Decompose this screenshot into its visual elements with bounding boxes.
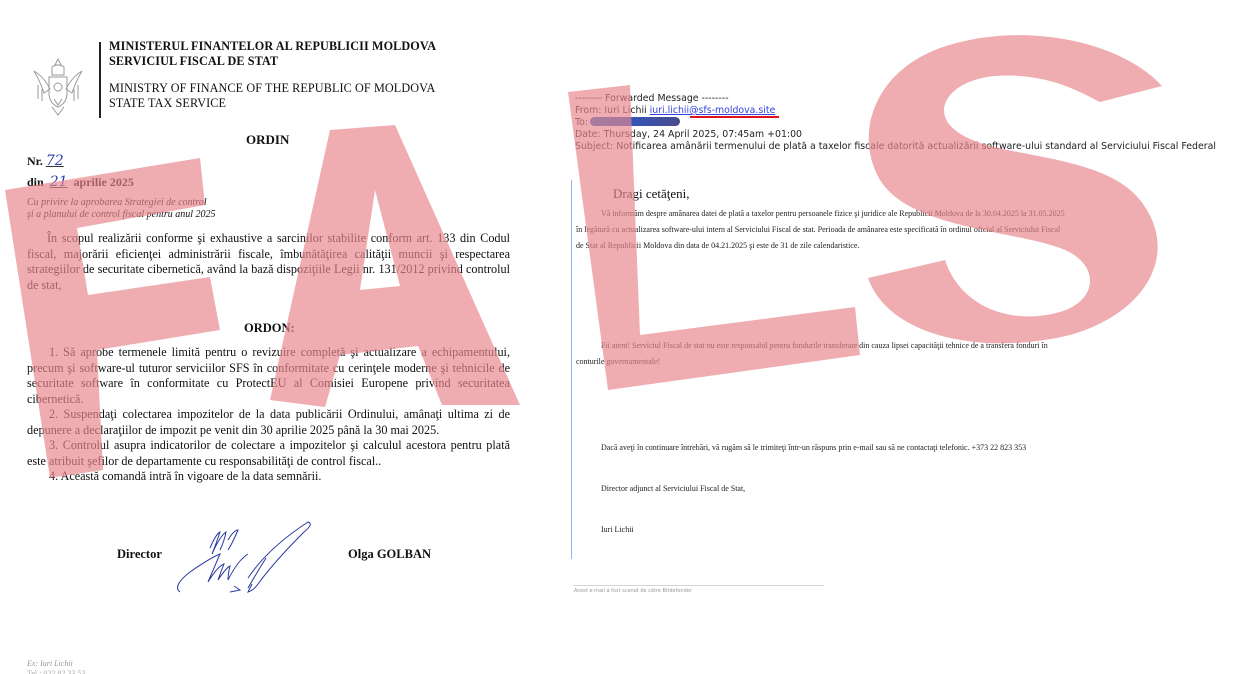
ministry-name-en: MINISTRY OF FINANCE OF THE REPUBLIC OF M… <box>109 81 435 96</box>
order-date: din 21 aprilie 2025 <box>27 174 134 190</box>
order-number-value: 72 <box>46 153 64 169</box>
ordon-heading: ORDON: <box>244 321 295 336</box>
from-name: Iuri Lichii <box>604 105 646 116</box>
subject-label: Subject: <box>575 141 613 152</box>
sender-email-link[interactable]: iuri.lichii@sfs-moldova.site <box>650 105 776 116</box>
order-item: 2. Suspendaţi colectarea impozitelor de … <box>27 407 510 438</box>
email-warning-text: Fii atent! Serviciul Fiscal de stat nu e… <box>576 338 1066 370</box>
highlight-underline <box>690 116 780 118</box>
date-value: Thursday, 24 April 2025, 07:45am +01:00 <box>604 129 802 140</box>
email-contact-text: Dacă aveţi în continuare întrebări, vă r… <box>576 440 1066 456</box>
email-sender-name-text: Iuri Lichii <box>576 522 1066 538</box>
signer-title: Director <box>117 547 162 562</box>
order-number-label: Nr. <box>27 154 43 168</box>
order-subject-line-2: şi a planului de control fiscal pentru a… <box>27 209 287 221</box>
order-item: 3. Controlul asupra indicatorilor de col… <box>27 438 510 469</box>
email-from: From: Iuri Lichii iuri.lichii@sfs-moldov… <box>575 105 775 117</box>
email-paragraph-text: Vă informăm despre amânarea datei de pla… <box>576 206 1066 254</box>
executor-note: Ex: Iuri Lichii <box>27 659 73 668</box>
date-label: Date: <box>575 129 601 140</box>
scan-divider <box>574 585 824 586</box>
header-divider <box>99 42 101 118</box>
sender-email-text: iuri.lichii@sfs-moldova.site <box>650 105 776 116</box>
email-paragraph: Vă informăm despre amânarea datei de pla… <box>576 206 1066 254</box>
order-item: 4. Această comandă intră în vigoare de l… <box>27 469 510 485</box>
forwarded-header: -------- Forwarded Message -------- <box>575 93 729 105</box>
email-closing-text: Director adjunct al Serviciului Fiscal d… <box>576 481 1066 497</box>
email-greeting: Dragi cetăţeni, <box>613 186 690 202</box>
order-date-day: 21 <box>50 174 68 190</box>
email-subject: Subject: Notificarea amânării termenului… <box>575 141 1216 153</box>
email-contact: Dacă aveţi în continuare întrebări, vă r… <box>576 440 1066 456</box>
ministry-name-ro: MINISTERUL FINANTELOR AL REPUBLICII MOLD… <box>109 39 436 54</box>
redacted-recipient <box>590 117 680 126</box>
service-name-ro: SERVICIUL FISCAL DE STAT <box>109 54 278 69</box>
order-item: 1. Să aprobe termenele limită pentru o r… <box>27 345 510 407</box>
quote-bar <box>571 180 572 559</box>
antivirus-scan-note: Acest e-mail a fost scanat de către Bitd… <box>574 588 692 594</box>
order-number: Nr.72 <box>27 153 67 169</box>
order-document: MINISTERUL FINANTELOR AL REPUBLICII MOLD… <box>0 0 565 674</box>
order-date-rest: aprilie 2025 <box>74 175 134 189</box>
email-to: To: <box>575 117 680 129</box>
coat-of-arms-icon <box>30 55 86 119</box>
email-warning: Fii atent! Serviciul Fiscal de stat nu e… <box>576 338 1066 370</box>
executor-phone: Tel.: 022 82 33 53 <box>27 669 85 674</box>
order-items: 1. Să aprobe termenele limită pentru o r… <box>27 345 510 485</box>
subject-value: Notificarea amânării termenului de plată… <box>616 141 1216 152</box>
document-title: ORDIN <box>246 132 289 148</box>
email-closing: Director adjunct al Serviciului Fiscal d… <box>576 481 1066 497</box>
signer-name: Olga GOLBAN <box>348 547 431 562</box>
from-label: From: <box>575 105 601 116</box>
order-subject-line-1: Cu privire la aprobarea Strategiei de co… <box>27 197 287 209</box>
order-date-prefix: din <box>27 175 44 189</box>
handwritten-signature <box>170 518 330 598</box>
order-subject: Cu privire la aprobarea Strategiei de co… <box>27 197 287 221</box>
forwarded-email: -------- Forwarded Message -------- From… <box>568 0 1238 674</box>
email-sender-name: Iuri Lichii <box>576 522 1066 538</box>
email-date: Date: Thursday, 24 April 2025, 07:45am +… <box>575 129 802 141</box>
service-name-en: STATE TAX SERVICE <box>109 96 226 111</box>
to-label: To: <box>575 117 588 128</box>
order-preamble: În scopul realizării conforme şi exhaust… <box>27 231 510 293</box>
